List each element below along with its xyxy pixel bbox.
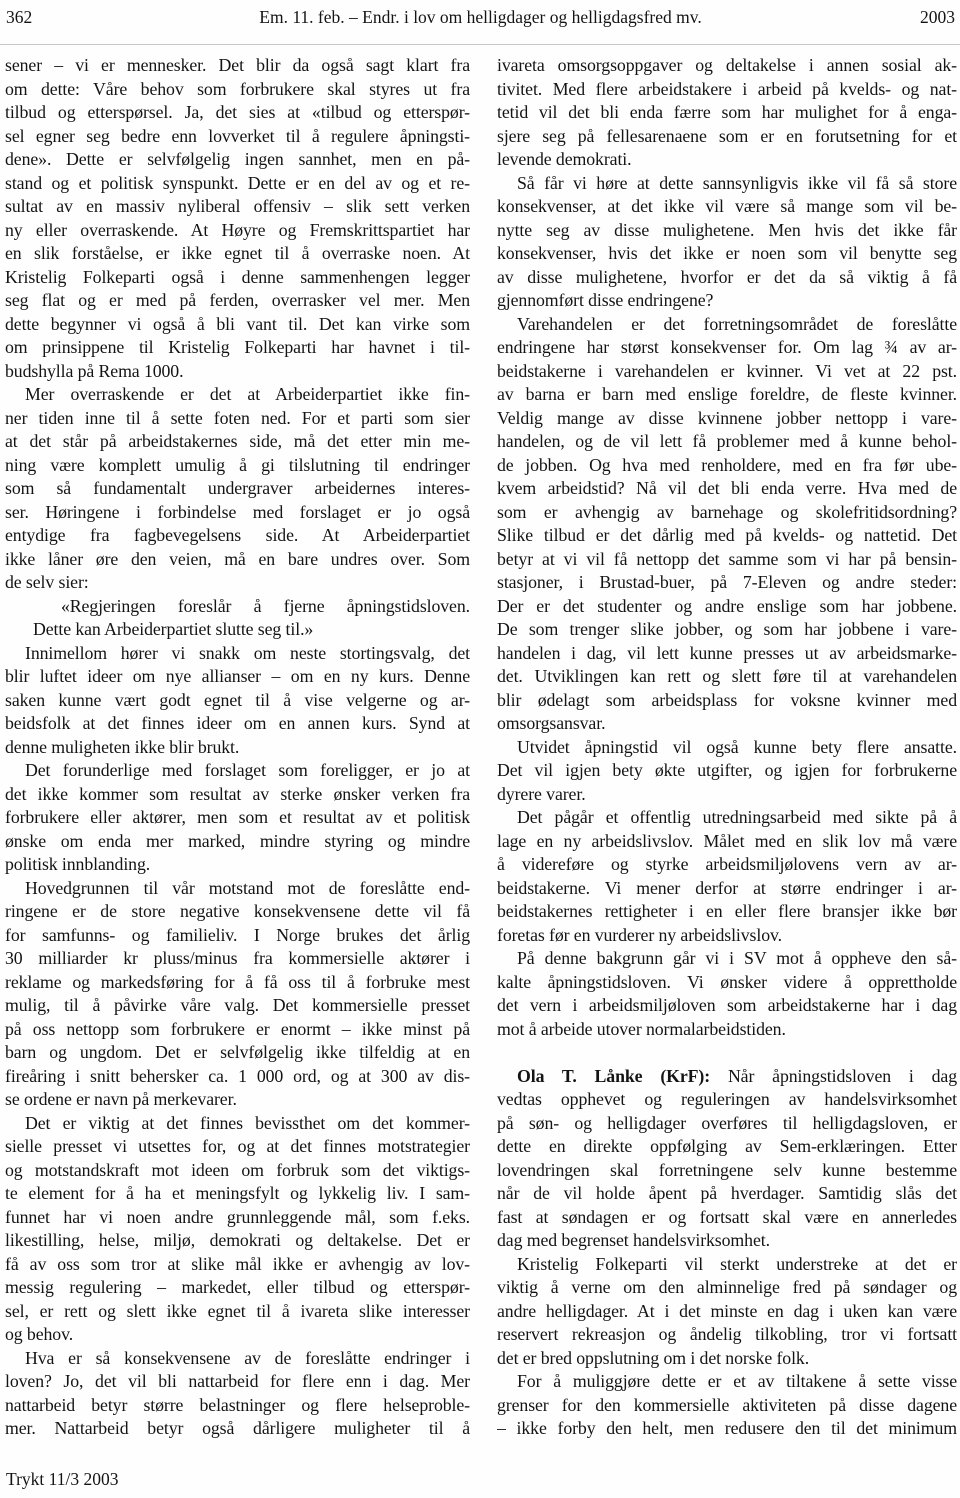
text-line: Det er viktig at det finnes bevissthet o… xyxy=(5,1112,470,1136)
text-line: dyrere varer. xyxy=(497,783,957,807)
text-line: det ikke kommer som resultat av sterke ø… xyxy=(5,783,470,807)
text-line: få av oss som tror at slike mål ikke er … xyxy=(5,1253,470,1277)
text-line: på søn- og helligdager overføres til hel… xyxy=(497,1112,957,1136)
text-line: te element for å ha et meningsfylt og ly… xyxy=(5,1182,470,1206)
text-line: handelen i dag, vil lett kunne presses u… xyxy=(497,642,957,666)
text-line: de selv sier: xyxy=(5,571,470,595)
text-line: barn og ungdom. Det er selvfølgelig ikke… xyxy=(5,1041,470,1065)
text-line: Så får vi høre at dette sannsynligvis ik… xyxy=(497,172,957,196)
text-line: blir luftet ideer om nye allianser – om … xyxy=(5,665,470,689)
document-page: 362 Em. 11. feb. – Endr. i lov om hellig… xyxy=(0,0,960,1498)
text-line: beidstakerne. Vi mener derfor at større … xyxy=(497,877,957,901)
text-line: fireåring i snitt behersker ca. 1 000 or… xyxy=(5,1065,470,1089)
text-line: politisk innblanding. xyxy=(5,853,470,877)
right-column: ivareta omsorgsoppgaver og deltakelse i … xyxy=(497,54,957,1441)
text-line: tilbud og etterspørsel. Ja, det sies at … xyxy=(5,101,470,125)
text-line: stand og et politisk synspunkt. Dette er… xyxy=(5,172,470,196)
text-line: reklame og markedsføring for å få oss ti… xyxy=(5,971,470,995)
text-line: ivareta omsorgsoppgaver og deltakelse i … xyxy=(497,54,957,78)
text-line: Dette kan Arbeiderpartiet slutte seg til… xyxy=(5,618,470,642)
text-line: ser. Høringene i forbindelse med forslag… xyxy=(5,501,470,525)
text-line: handelen, og de vil lett få problemer me… xyxy=(497,430,957,454)
text-line: som så fundamentalt undergraver arbeider… xyxy=(5,477,470,501)
year-label: 2003 xyxy=(920,7,955,27)
speaker-name: Ola T. Lånke (KrF): xyxy=(517,1066,710,1086)
text-line: mulig, til å påvirke våre valg. Det komm… xyxy=(5,994,470,1018)
print-note: Trykt 11/3 2003 xyxy=(6,1469,118,1489)
text-line: sultat av en massiv nyliberal offensiv –… xyxy=(5,195,470,219)
text-line: ringene er de store negative konsekvense… xyxy=(5,900,470,924)
header-rule xyxy=(0,44,960,45)
text-line: lovendringen skal forretningene selv kun… xyxy=(497,1159,957,1183)
text-line: endringene har størst konsekvenser for. … xyxy=(497,336,957,360)
text-line: Hva er så konsekvensene av de foreslåtte… xyxy=(5,1347,470,1371)
text-line: Kristelig Folkeparti også i denne sammen… xyxy=(5,266,470,290)
text-line: sener – vi er mennesker. Det blir da ogs… xyxy=(5,54,470,78)
text-line: lage en ny arbeidslivslov. Målet med en … xyxy=(497,830,957,854)
text-line: ny eller overraskende. At Høyre og Frems… xyxy=(5,219,470,243)
text-line: nytte seg av disse mulighetene. Men hvis… xyxy=(497,219,957,243)
text-line: kvem arbeidstid? Nå vil det bli enda ver… xyxy=(497,477,957,501)
text-line: saken kunne vært godt egnet til å vise v… xyxy=(5,689,470,713)
text-line: det. Utviklingen kan rett og slett føre … xyxy=(497,665,957,689)
text-line: budshylla på Rema 1000. xyxy=(5,360,470,384)
text-line: For å muliggjøre dette er et av tiltaken… xyxy=(497,1370,957,1394)
text-line: foretas før en vurderer ny arbeidslivslo… xyxy=(497,924,957,948)
text-line: Det pågår et offentlig utredningsarbeid … xyxy=(497,806,957,830)
text-line: loven? Jo, det vil bli nattarbeid for fl… xyxy=(5,1370,470,1394)
text-line: beidsfolk at det finnes ideer om en anne… xyxy=(5,712,470,736)
text-line: om dette: Våre behov som forbrukere skal… xyxy=(5,78,470,102)
text-line: andre helligdager. At i det minste en da… xyxy=(497,1300,957,1324)
text-line: tetid vil det bli enda færre som har mul… xyxy=(497,101,957,125)
text-line: Varehandelen er det forretningsområdet d… xyxy=(497,313,957,337)
text-line: sjere seg på fellesarenaene som er en fo… xyxy=(497,125,957,149)
text-line: ning være komplett umulig å gi tilslutni… xyxy=(5,454,470,478)
text-line: Mer overraskende er det at Arbeiderparti… xyxy=(5,383,470,407)
text-line: Innimellom hører vi snakk om neste stort… xyxy=(5,642,470,666)
text-line: vedtas opphevet og reguleringen av hande… xyxy=(497,1088,957,1112)
text-line: beidstakerne i varehandelen er kvinner. … xyxy=(497,360,957,384)
text-line: 30 milliarder kr pluss/minus fra kommers… xyxy=(5,947,470,971)
text-line: entydige fra fagbevegelsens side. At Arb… xyxy=(5,524,470,548)
text-line: Det vil igjen bety økte utgifter, og igj… xyxy=(497,759,957,783)
text-line: og motstandskraft mot ideen om forbruk s… xyxy=(5,1159,470,1183)
text-line: og behov. xyxy=(5,1323,470,1347)
text-line: reservert rekreasjon og åndelig tilkobli… xyxy=(497,1323,957,1347)
text-line: konsekvenser, hvis det ikke er noen som … xyxy=(497,242,957,266)
text-line: konsekvenser, at det ikke vil være så ma… xyxy=(497,195,957,219)
text-line: stasjoner, i Brustad-buer, på 7-Eleven o… xyxy=(497,571,957,595)
text-line: dag med begrenset handelsvirksomhet. xyxy=(497,1229,957,1253)
text-line: Der er det studenter og andre enslige so… xyxy=(497,595,957,619)
running-title: Em. 11. feb. – Endr. i lov om helligdage… xyxy=(259,7,701,27)
text-line: betyr at vi vil få nettopp det samme som… xyxy=(497,548,957,572)
text-line: seg flat og er med på ferden, overrasker… xyxy=(5,289,470,313)
text-line: messig regulering – markedet, eller tilb… xyxy=(5,1276,470,1300)
page-header: 362 Em. 11. feb. – Endr. i lov om hellig… xyxy=(0,0,960,27)
text-line: på oss nettopp som forbrukere er enormt … xyxy=(5,1018,470,1042)
text-line: grenser for den kommersielle aktiviteten… xyxy=(497,1394,957,1418)
text-line: Det forunderlige med forslaget som forel… xyxy=(5,759,470,783)
text-line: forbrukere eller aktører, men som et res… xyxy=(5,806,470,830)
text-line: ner tiden inne til å sette foten ned. Fo… xyxy=(5,407,470,431)
text-line: – ikke forby den helt, men redusere den … xyxy=(497,1417,957,1441)
page-footer: Trykt 11/3 2003 xyxy=(6,1469,118,1490)
text-line: likestilling, helse, miljø, demokrati og… xyxy=(5,1229,470,1253)
text-columns: sener – vi er mennesker. Det blir da ogs… xyxy=(0,54,960,1441)
text-line: sielle presset vi utsettes for, og at de… xyxy=(5,1135,470,1159)
text-line: Hovedgrunnen til vår motstand mot de for… xyxy=(5,877,470,901)
text-line: ikke låner øre den veien, må en bare und… xyxy=(5,548,470,572)
blank-line xyxy=(497,1041,957,1065)
text-line: sel egner seg bedre enn lovverket til å … xyxy=(5,125,470,149)
text-line: Veldig mange av disse kvinnene jobber ne… xyxy=(497,407,957,431)
text-line: denne muligheten ikke blir brukt. xyxy=(5,736,470,760)
text-line: når de vil holde åpent på hverdager. Sam… xyxy=(497,1182,957,1206)
left-column: sener – vi er mennesker. Det blir da ogs… xyxy=(5,54,470,1441)
text-line: en slik forståelse, er ikke egnet til å … xyxy=(5,242,470,266)
page-number: 362 xyxy=(6,7,32,27)
text-line: ønske om enda mer marked, mindre styring… xyxy=(5,830,470,854)
text-line: å videreføre og styrke arbeidsmiljøloven… xyxy=(497,853,957,877)
text-line: sel, er rett og slett ikke egnet til å i… xyxy=(5,1300,470,1324)
text-line: funnet har vi noen andre grunnleggende m… xyxy=(5,1206,470,1230)
text-line: som er avhengig av barnehage og skolefri… xyxy=(497,501,957,525)
text-line: Slike tilbud er det dårlig med på kvelds… xyxy=(497,524,957,548)
text-line: tivitet. Med flere arbeidstakere i arbei… xyxy=(497,78,957,102)
text-line: Utvidet åpningstid vil også kunne bety f… xyxy=(497,736,957,760)
text-line: om prinsippene til Kristelig Folkeparti … xyxy=(5,336,470,360)
text-line: se ordene er navn på merkevarer. xyxy=(5,1088,470,1112)
text-line: De som trenger slike jobber, og som har … xyxy=(497,618,957,642)
text-line: Ola T. Lånke (KrF): Når åpningstidsloven… xyxy=(497,1065,957,1089)
text-line: de jobben. Og hva med renholdere, med en… xyxy=(497,454,957,478)
text-line: det er bred oppslutning om i det norske … xyxy=(497,1347,957,1371)
text-line: dene». Dette er selvfølgelig ingen sannh… xyxy=(5,148,470,172)
text-line: beidstakernes rettigheter i en eller fle… xyxy=(497,900,957,924)
text-line: viktig å verne om den alminnelige fred p… xyxy=(497,1276,957,1300)
text-line: levende demokrati. xyxy=(497,148,957,172)
text-line: dette en direkte oppfølging av Sem-erklæ… xyxy=(497,1135,957,1159)
text-line: Kristelig Folkeparti vil sterkt understr… xyxy=(497,1253,957,1277)
text-line: omsorgsansvar. xyxy=(497,712,957,736)
text-line: fast at søndagen er og fortsatt skal vær… xyxy=(497,1206,957,1230)
text-line: det vern i arbeidsmiljøloven som arbeids… xyxy=(497,994,957,1018)
text-line: «Regjeringen foreslår å fjerne åpningsti… xyxy=(5,595,470,619)
text-line: gjennomført disse endringene? xyxy=(497,289,957,313)
text-line: På denne bakgrunn går vi i SV mot å opph… xyxy=(497,947,957,971)
text-line: nattarbeid betyr større belastninger og … xyxy=(5,1394,470,1418)
text-line: av barna er barn med enslige foreldre, d… xyxy=(497,383,957,407)
text-line: mot å arbeide utover normalarbeidstiden. xyxy=(497,1018,957,1042)
text-line: kalte åpningstidsloven. Vi ønsker videre… xyxy=(497,971,957,995)
text-line: mer. Nattarbeid betyr også dårligere mul… xyxy=(5,1417,470,1441)
text-line: av disse mulighetene, hvorfor er det da … xyxy=(497,266,957,290)
text-line: blir ødelagt som arbeidsplass for voksne… xyxy=(497,689,957,713)
text-line: for samfunns- og familieliv. I Norge bru… xyxy=(5,924,470,948)
text-line: dette begynner vi også å bli vant til. D… xyxy=(5,313,470,337)
text-line: at det står på arbeidstakernes side, må … xyxy=(5,430,470,454)
